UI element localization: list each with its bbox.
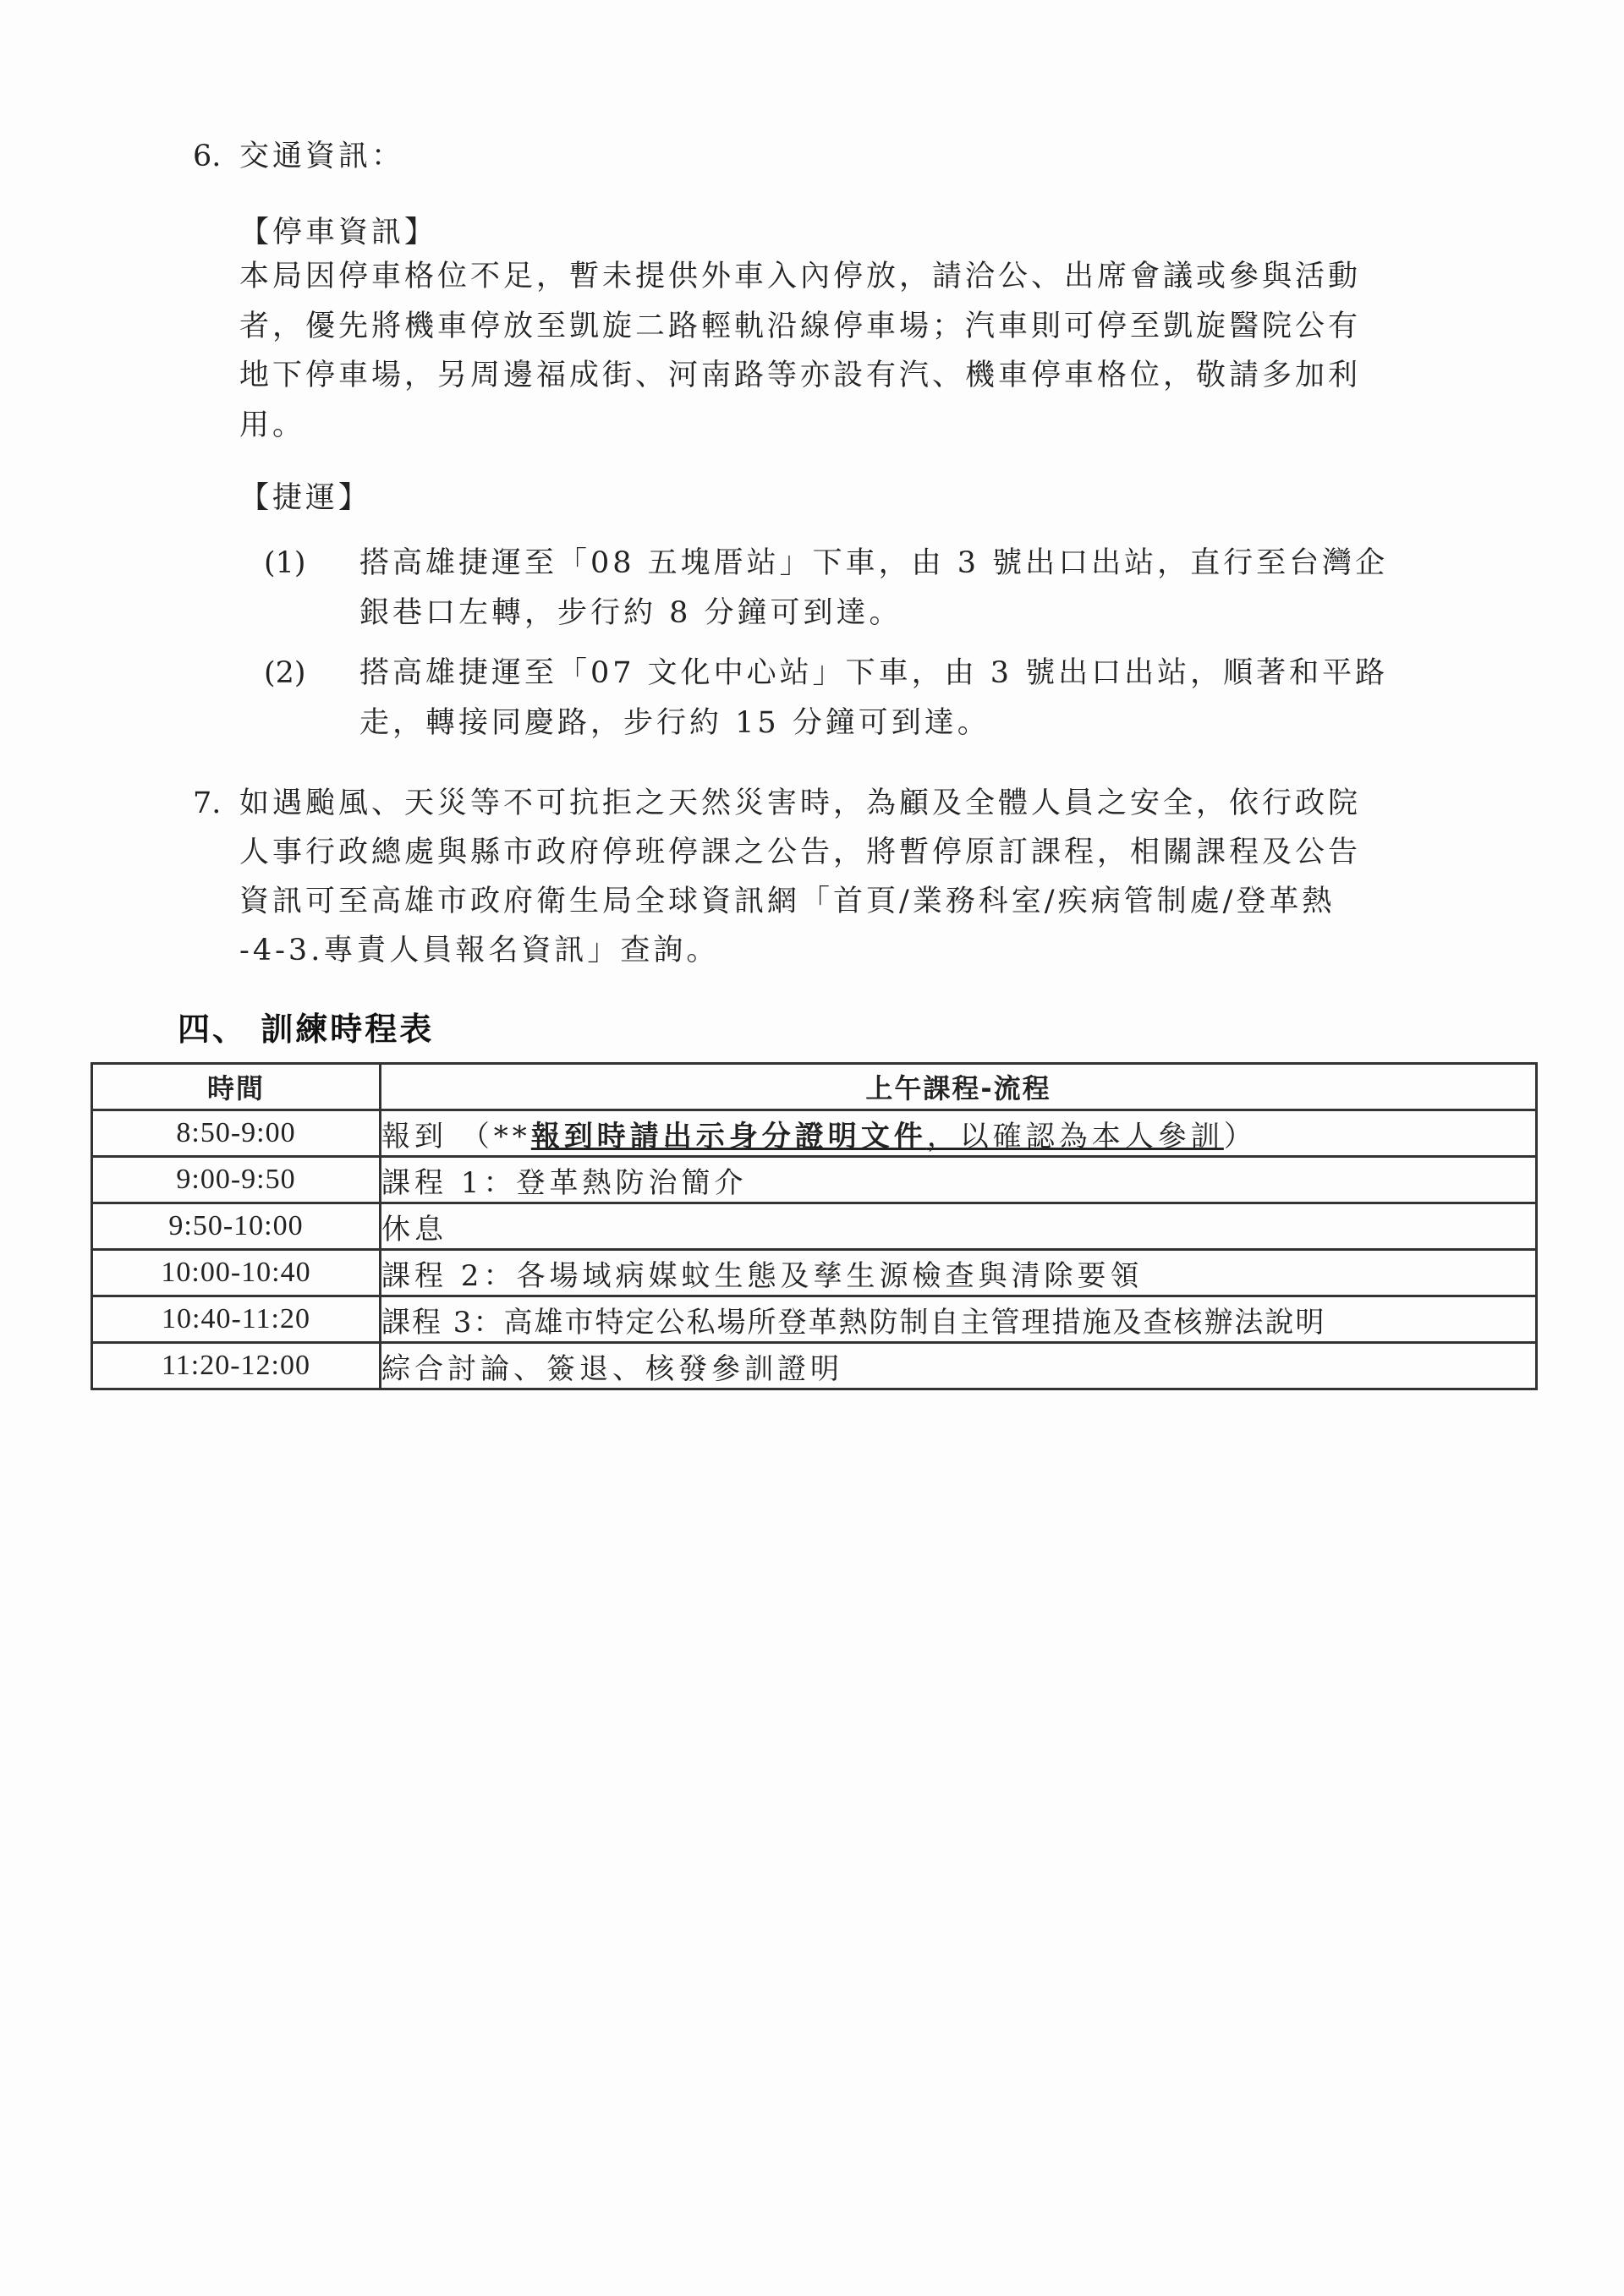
time-cell: 9:50-10:00 [92,1203,381,1250]
table-header-row: 時間 上午課程-流程 [92,1064,1537,1110]
time-cell: 10:40-11:20 [92,1296,381,1343]
mrt-route-1-line: 銀巷口左轉，步行約 8 分鐘可到達。 [359,595,903,632]
activity-cell: 課程 2：各場域病媒蚊生態及孳生源檢查與清除要領 [381,1250,1537,1296]
item-7-line: 人事行政總處與縣市政府停班停課之公告，將暫停原訂課程，相關課程及公告 [239,834,1361,871]
item-7-line: 如遇颱風、天災等不可抗拒之天然災害時，為顧及全體人員之安全，依行政院 [239,785,1361,822]
mrt-route-2-label: (2) [264,655,306,692]
activity-cell: 課程 1：登革熱防治簡介 [381,1157,1537,1203]
parking-line: 用。 [239,407,305,444]
item-7-number: 7. [193,785,221,822]
section-title: 四、 訓練時程表 [178,1003,434,1049]
header-time: 時間 [92,1064,381,1110]
table-row: 9:50-10:00 休息 [92,1203,1537,1250]
parking-line: 地下停車場，另周邊福成街、河南路等亦設有汽、機車停車格位，敬請多加利 [239,357,1361,394]
parking-heading: 【停車資訊】 [239,214,437,251]
table-row: 8:50-9:00 報到 （**報到時請出示身分證明文件，以確認為本人參訓） [92,1110,1537,1157]
item-7-line: 資訊可至高雄市政府衛生局全球資訊網「首頁/業務科室/疾病管制處/登革熱 [239,883,1335,920]
table-row: 10:00-10:40 課程 2：各場域病媒蚊生態及孳生源檢查與清除要領 [92,1250,1537,1296]
document-page: 6. 交通資訊： 【停車資訊】 本局因停車格位不足，暫未提供外車入內停放，請洽公… [0,0,1624,2296]
parking-line: 者，優先將機車停放至凱旋二路輕軌沿線停車場；汽車則可停至凱旋醫院公有 [239,308,1361,345]
header-activity: 上午課程-流程 [381,1064,1537,1110]
table-row: 11:20-12:00 綜合討論、簽退、核發參訓證明 [92,1343,1537,1389]
activity-cell: 綜合討論、簽退、核發參訓證明 [381,1343,1537,1389]
mrt-route-1-label: (1) [264,545,306,582]
activity-cell: 休息 [381,1203,1537,1250]
table-row: 10:40-11:20 課程 3：高雄市特定公私場所登革熱防制自主管理措施及查核… [92,1296,1537,1343]
mrt-heading: 【捷運】 [239,479,371,517]
time-cell: 8:50-9:00 [92,1110,381,1157]
schedule-table: 時間 上午課程-流程 8:50-9:00 報到 （**報到時請出示身分證明文件，… [91,1062,1538,1390]
time-cell: 11:20-12:00 [92,1343,381,1389]
activity-cell: 課程 3：高雄市特定公私場所登革熱防制自主管理措施及查核辦法說明 [381,1296,1537,1343]
activity-suffix: ） [1224,1120,1257,1153]
time-cell: 9:00-9:50 [92,1157,381,1203]
item-6-title: 交通資訊： [239,138,404,175]
item-7-line: -4-3.專責人員報名資訊」查詢。 [239,932,719,969]
activity-prefix: 報到 （** [381,1120,531,1153]
mrt-route-2-line: 搭高雄捷運至「07 文化中心站」下車，由 3 號出口出站，順著和平路 [359,655,1388,692]
time-cell: 10:00-10:40 [92,1250,381,1296]
table-row: 9:00-9:50 課程 1：登革熱防治簡介 [92,1157,1537,1203]
activity-cell: 報到 （**報到時請出示身分證明文件，以確認為本人參訓） [381,1110,1537,1157]
id-notice-emphasis: 報到時請出示身分證明文件 [531,1120,927,1153]
mrt-route-2-line: 走，轉接同慶路，步行約 15 分鐘可到達。 [359,704,990,742]
mrt-route-1-line: 搭高雄捷運至「08 五塊厝站」下車，由 3 號出口出站，直行至台灣企 [359,545,1388,582]
item-6-number: 6. [193,138,221,175]
parking-line: 本局因停車格位不足，暫未提供外車入內停放，請洽公、出席會議或參與活動 [239,258,1361,295]
id-notice-underlined: ，以確認為本人參訓 [927,1120,1224,1153]
